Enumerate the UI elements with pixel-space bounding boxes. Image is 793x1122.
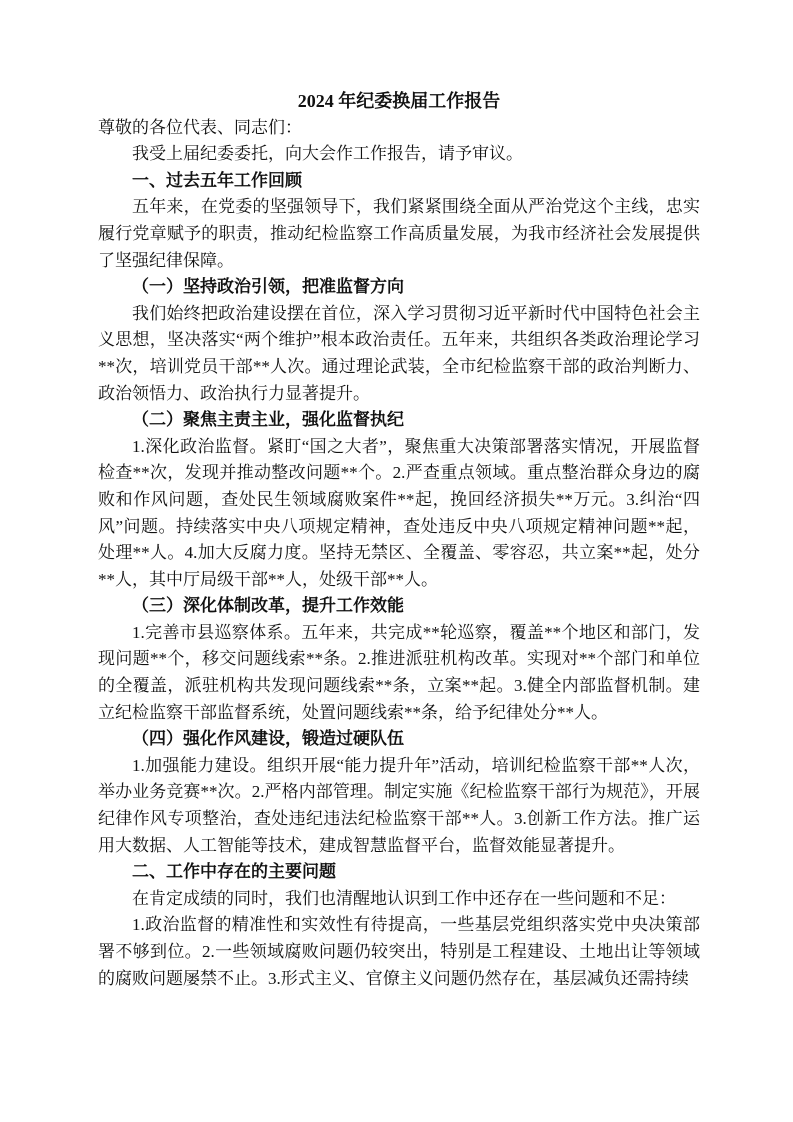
paragraph: 五年来，在党委的坚强领导下，我们紧紧围绕全面从严治党这个主线，忠实履行党章赋予的… [98,194,700,274]
paragraph: 1.深化政治监督。紧盯“国之大者”，聚焦重大决策部署落实情况，开展监督检查**次… [98,434,700,594]
paragraph: 1.加强能力建设。组织开展“能力提升年”活动，培训纪检监察干部**人次，举办业务… [98,753,700,859]
paragraph: 1.政治监督的精准性和实效性有待提高，一些基层党组织落实党中央决策部署不够到位。… [98,912,700,992]
section-heading: 二、工作中存在的主要问题 [98,859,700,886]
paragraph: 在肯定成绩的同时，我们也清醒地认识到工作中还存在一些问题和不足： [98,886,700,913]
paragraph: 我们始终把政治建设摆在首位，深入学习贯彻习近平新时代中国特色社会主义思想，坚决落… [98,301,700,407]
document-page: 2024 年纪委换届工作报告 尊敬的各位代表、同志们：我受上届纪委委托，向大会作… [0,0,793,1122]
section-heading: 一、过去五年工作回顾 [98,168,700,195]
sub-heading: （四）强化作风建设，锻造过硬队伍 [98,726,700,753]
paragraph: 我受上届纪委委托，向大会作工作报告，请予审议。 [98,141,700,168]
sub-heading: （三）深化体制改革，提升工作效能 [98,593,700,620]
salutation: 尊敬的各位代表、同志们： [98,115,700,142]
paragraph: 1.完善市县巡察体系。五年来，共完成**轮巡察，覆盖**个地区和部门，发现问题*… [98,620,700,726]
sub-heading: （一）坚持政治引领，把准监督方向 [98,274,700,301]
document-title: 2024 年纪委换届工作报告 [98,88,700,115]
paragraph-list: 尊敬的各位代表、同志们：我受上届纪委委托，向大会作工作报告，请予审议。一、过去五… [98,115,700,993]
sub-heading: （二）聚焦主责主业，强化监督执纪 [98,407,700,434]
